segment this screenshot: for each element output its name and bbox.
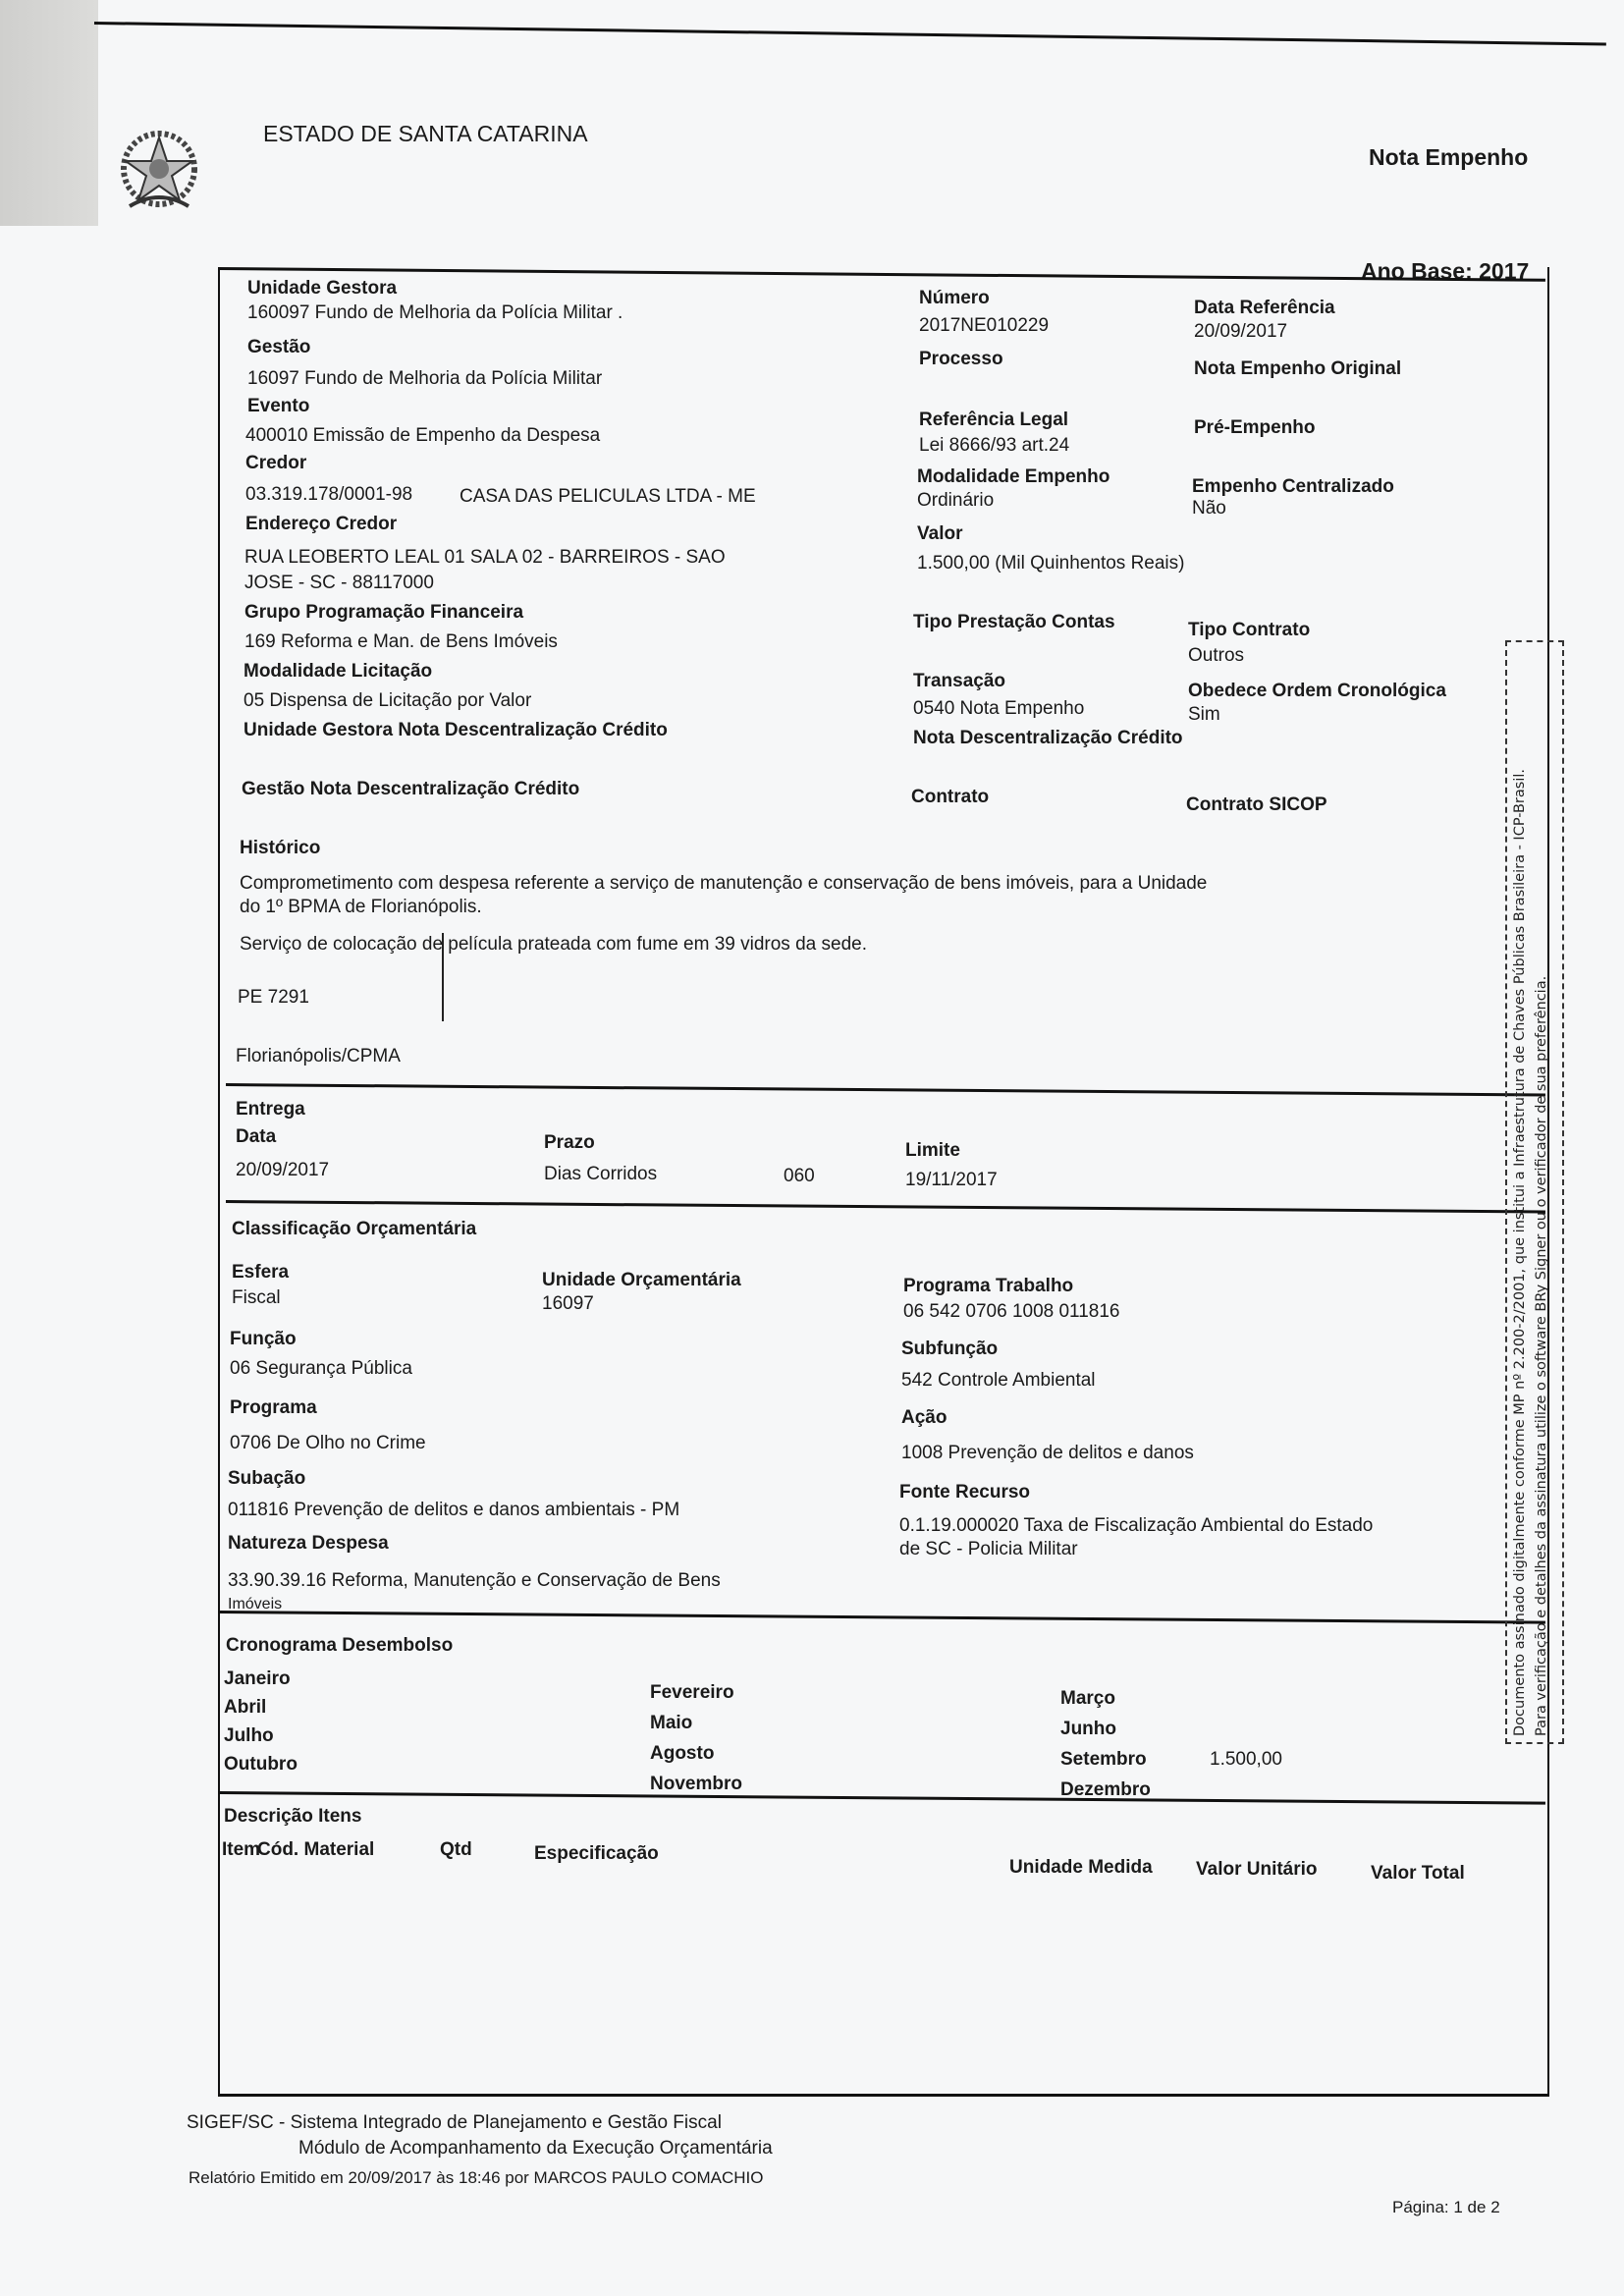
label-limite: Limite	[905, 1139, 960, 1163]
label-programa: Programa	[230, 1396, 317, 1420]
label-processo: Processo	[919, 348, 1003, 371]
page-number: Página: 1 de 2	[1392, 2196, 1500, 2219]
label-nota-descentralizacao-credito: Nota Descentralização Crédito	[913, 727, 1183, 750]
value-unidade-gestora: 160097 Fundo de Melhoria da Polícia Mili…	[247, 301, 623, 325]
value-programa: 0706 De Olho no Crime	[230, 1432, 426, 1455]
digital-signature-text: Documento assinado digitalmente conforme…	[1509, 646, 1552, 1736]
value-prazo: Dias Corridos	[544, 1163, 657, 1186]
label-descricao-itens: Descrição Itens	[224, 1805, 361, 1829]
itens-column-3: Especificação	[534, 1842, 659, 1866]
historico-line-3: Serviço de colocação de película pratead…	[240, 933, 867, 957]
label-subacao: Subação	[228, 1467, 305, 1491]
label-fonte-recurso: Fonte Recurso	[899, 1481, 1030, 1504]
footer-module: Módulo de Acompanhamento da Execução Orç…	[298, 2137, 773, 2160]
value-fonte-recurso-line1: 0.1.19.000020 Taxa de Fiscalização Ambie…	[899, 1514, 1373, 1538]
label-data-referencia: Data Referência	[1194, 297, 1335, 320]
itens-column-1: Cód. Material	[257, 1838, 374, 1862]
label-referencia-legal: Referência Legal	[919, 409, 1068, 432]
itens-column-6: Valor Total	[1371, 1862, 1465, 1886]
value-credor-cnpj: 03.319.178/0001-98	[245, 483, 412, 507]
value-acao: 1008 Prevenção de delitos e danos	[901, 1442, 1194, 1465]
value-transacao: 0540 Nota Empenho	[913, 697, 1084, 721]
itens-column-0: Item	[222, 1838, 260, 1862]
value-funcao: 06 Segurança Pública	[230, 1357, 412, 1381]
label-tipo-prestacao-contas: Tipo Prestação Contas	[913, 611, 1115, 634]
value-evento: 400010 Emissão de Empenho da Despesa	[245, 424, 600, 448]
value-grupo-programacao: 169 Reforma e Man. de Bens Imóveis	[244, 630, 558, 654]
label-endereco-credor: Endereço Credor	[245, 513, 397, 536]
historico-line-2: do 1º BPMA de Florianópolis.	[240, 896, 482, 919]
label-ordem-cronologica: Obedece Ordem Cronológica	[1188, 680, 1446, 703]
value-prazo-dias: 060	[784, 1165, 815, 1188]
cronograma-month-setembro: Setembro	[1060, 1748, 1147, 1772]
footer-system: SIGEF/SC - Sistema Integrado de Planejam…	[187, 2111, 722, 2135]
value-credor-name: CASA DAS PELICULAS LTDA - ME	[460, 485, 756, 509]
label-credor: Credor	[245, 452, 306, 475]
label-pre-empenho: Pré-Empenho	[1194, 416, 1316, 440]
label-gestao-nota-descentralizacao: Gestão Nota Descentralização Crédito	[242, 778, 579, 801]
value-subacao: 011816 Prevenção de delitos e danos ambi…	[228, 1499, 679, 1522]
cronograma-month-outubro: Outubro	[224, 1753, 298, 1777]
label-evento: Evento	[247, 395, 309, 418]
value-natureza-despesa-line2: Imóveis	[228, 1593, 282, 1616]
label-tipo-contrato: Tipo Contrato	[1188, 619, 1310, 642]
value-programa-trabalho: 06 542 0706 1008 011816	[903, 1300, 1119, 1324]
cronograma-month-abril: Abril	[224, 1696, 266, 1720]
document-title: Nota Empenho	[1369, 145, 1528, 169]
value-fonte-recurso-line2: de SC - Policia Militar	[899, 1538, 1078, 1561]
value-tipo-contrato: Outros	[1188, 644, 1244, 668]
historico-line-1: Comprometimento com despesa referente a …	[240, 872, 1207, 896]
label-transacao: Transação	[913, 670, 1005, 693]
label-modalidade-licitacao: Modalidade Licitação	[244, 660, 432, 683]
label-natureza-despesa: Natureza Despesa	[228, 1532, 389, 1556]
cronograma-month-fevereiro: Fevereiro	[650, 1681, 734, 1705]
value-ordem-cronologica: Sim	[1188, 703, 1220, 727]
top-rule	[94, 22, 1606, 46]
label-gestao: Gestão	[247, 336, 310, 359]
itens-column-2: Qtd	[440, 1838, 472, 1862]
value-modalidade-empenho: Ordinário	[917, 489, 994, 513]
value-unidade-orcamentaria: 16097	[542, 1292, 594, 1316]
value-valor: 1.500,00 (Mil Quinhentos Reais)	[917, 552, 1184, 575]
cronograma-month-março: Março	[1060, 1687, 1115, 1711]
footer-emitted: Relatório Emitido em 20/09/2017 às 18:46…	[189, 2166, 763, 2190]
label-ug-nota-descentralizacao: Unidade Gestora Nota Descentralização Cr…	[244, 719, 668, 742]
label-subfuncao: Subfunção	[901, 1338, 998, 1361]
label-numero: Número	[919, 287, 990, 310]
coat-of-arms-icon	[116, 120, 202, 218]
label-entrega-data: Data	[236, 1125, 276, 1149]
label-contrato-sicop: Contrato SICOP	[1186, 793, 1327, 817]
form-frame	[218, 267, 1549, 2097]
value-endereco-line1: RUA LEOBERTO LEAL 01 SALA 02 - BARREIROS…	[244, 546, 726, 570]
label-programa-trabalho: Programa Trabalho	[903, 1275, 1073, 1298]
label-valor: Valor	[917, 522, 962, 546]
cronograma-month-janeiro: Janeiro	[224, 1667, 291, 1691]
cronograma-month-maio: Maio	[650, 1712, 692, 1735]
value-esfera: Fiscal	[232, 1286, 281, 1310]
signature-line-1: Documento assinado digitalmente conforme…	[1509, 646, 1531, 1736]
label-grupo-programacao: Grupo Programação Financeira	[244, 601, 523, 625]
historico-line-4: PE 7291	[238, 986, 309, 1010]
value-numero: 2017NE010229	[919, 314, 1049, 338]
value-modalidade-licitacao: 05 Dispensa de Licitação por Valor	[244, 689, 531, 713]
label-nota-empenho-original: Nota Empenho Original	[1194, 357, 1401, 381]
label-contrato: Contrato	[911, 786, 989, 809]
signature-line-2: Para verificação e detalhes da assinatur…	[1531, 646, 1552, 1736]
state-name: ESTADO DE SANTA CATARINA	[263, 122, 588, 145]
historico-line-5: Florianópolis/CPMA	[236, 1045, 401, 1068]
value-data-referencia: 20/09/2017	[1194, 320, 1287, 344]
cronograma-month-junho: Junho	[1060, 1718, 1116, 1741]
itens-column-5: Valor Unitário	[1196, 1858, 1318, 1882]
label-esfera: Esfera	[232, 1261, 289, 1285]
value-endereco-line2: JOSE - SC - 88117000	[244, 572, 434, 595]
cronograma-month-agosto: Agosto	[650, 1742, 714, 1766]
value-limite: 19/11/2017	[905, 1169, 998, 1192]
label-entrega: Entrega	[236, 1098, 305, 1121]
label-historico: Histórico	[240, 837, 320, 860]
label-classificacao-orcamentaria: Classificação Orçamentária	[232, 1218, 476, 1241]
label-empenho-centralizado: Empenho Centralizado	[1192, 475, 1394, 499]
value-subfuncao: 542 Controle Ambiental	[901, 1369, 1096, 1393]
label-unidade-gestora: Unidade Gestora	[247, 277, 397, 301]
label-unidade-orcamentaria: Unidade Orçamentária	[542, 1269, 741, 1292]
cronograma-value-setembro: 1.500,00	[1210, 1748, 1282, 1772]
itens-column-4: Unidade Medida	[1009, 1856, 1153, 1880]
label-cronograma-desembolso: Cronograma Desembolso	[226, 1634, 453, 1658]
label-acao: Ação	[901, 1406, 947, 1430]
label-funcao: Função	[230, 1328, 297, 1351]
scan-shadow	[0, 0, 98, 226]
value-natureza-despesa-line1: 33.90.39.16 Reforma, Manutenção e Conser…	[228, 1569, 721, 1593]
cronograma-month-dezembro: Dezembro	[1060, 1778, 1151, 1802]
label-modalidade-empenho: Modalidade Empenho	[917, 465, 1110, 489]
value-gestao: 16097 Fundo de Melhoria da Polícia Milit…	[247, 367, 602, 391]
cronograma-month-novembro: Novembro	[650, 1773, 742, 1796]
cronograma-month-julho: Julho	[224, 1724, 274, 1748]
value-referencia-legal: Lei 8666/93 art.24	[919, 434, 1069, 458]
label-prazo: Prazo	[544, 1131, 595, 1155]
value-entrega-data: 20/09/2017	[236, 1159, 329, 1182]
value-empenho-centralizado: Não	[1192, 497, 1226, 520]
